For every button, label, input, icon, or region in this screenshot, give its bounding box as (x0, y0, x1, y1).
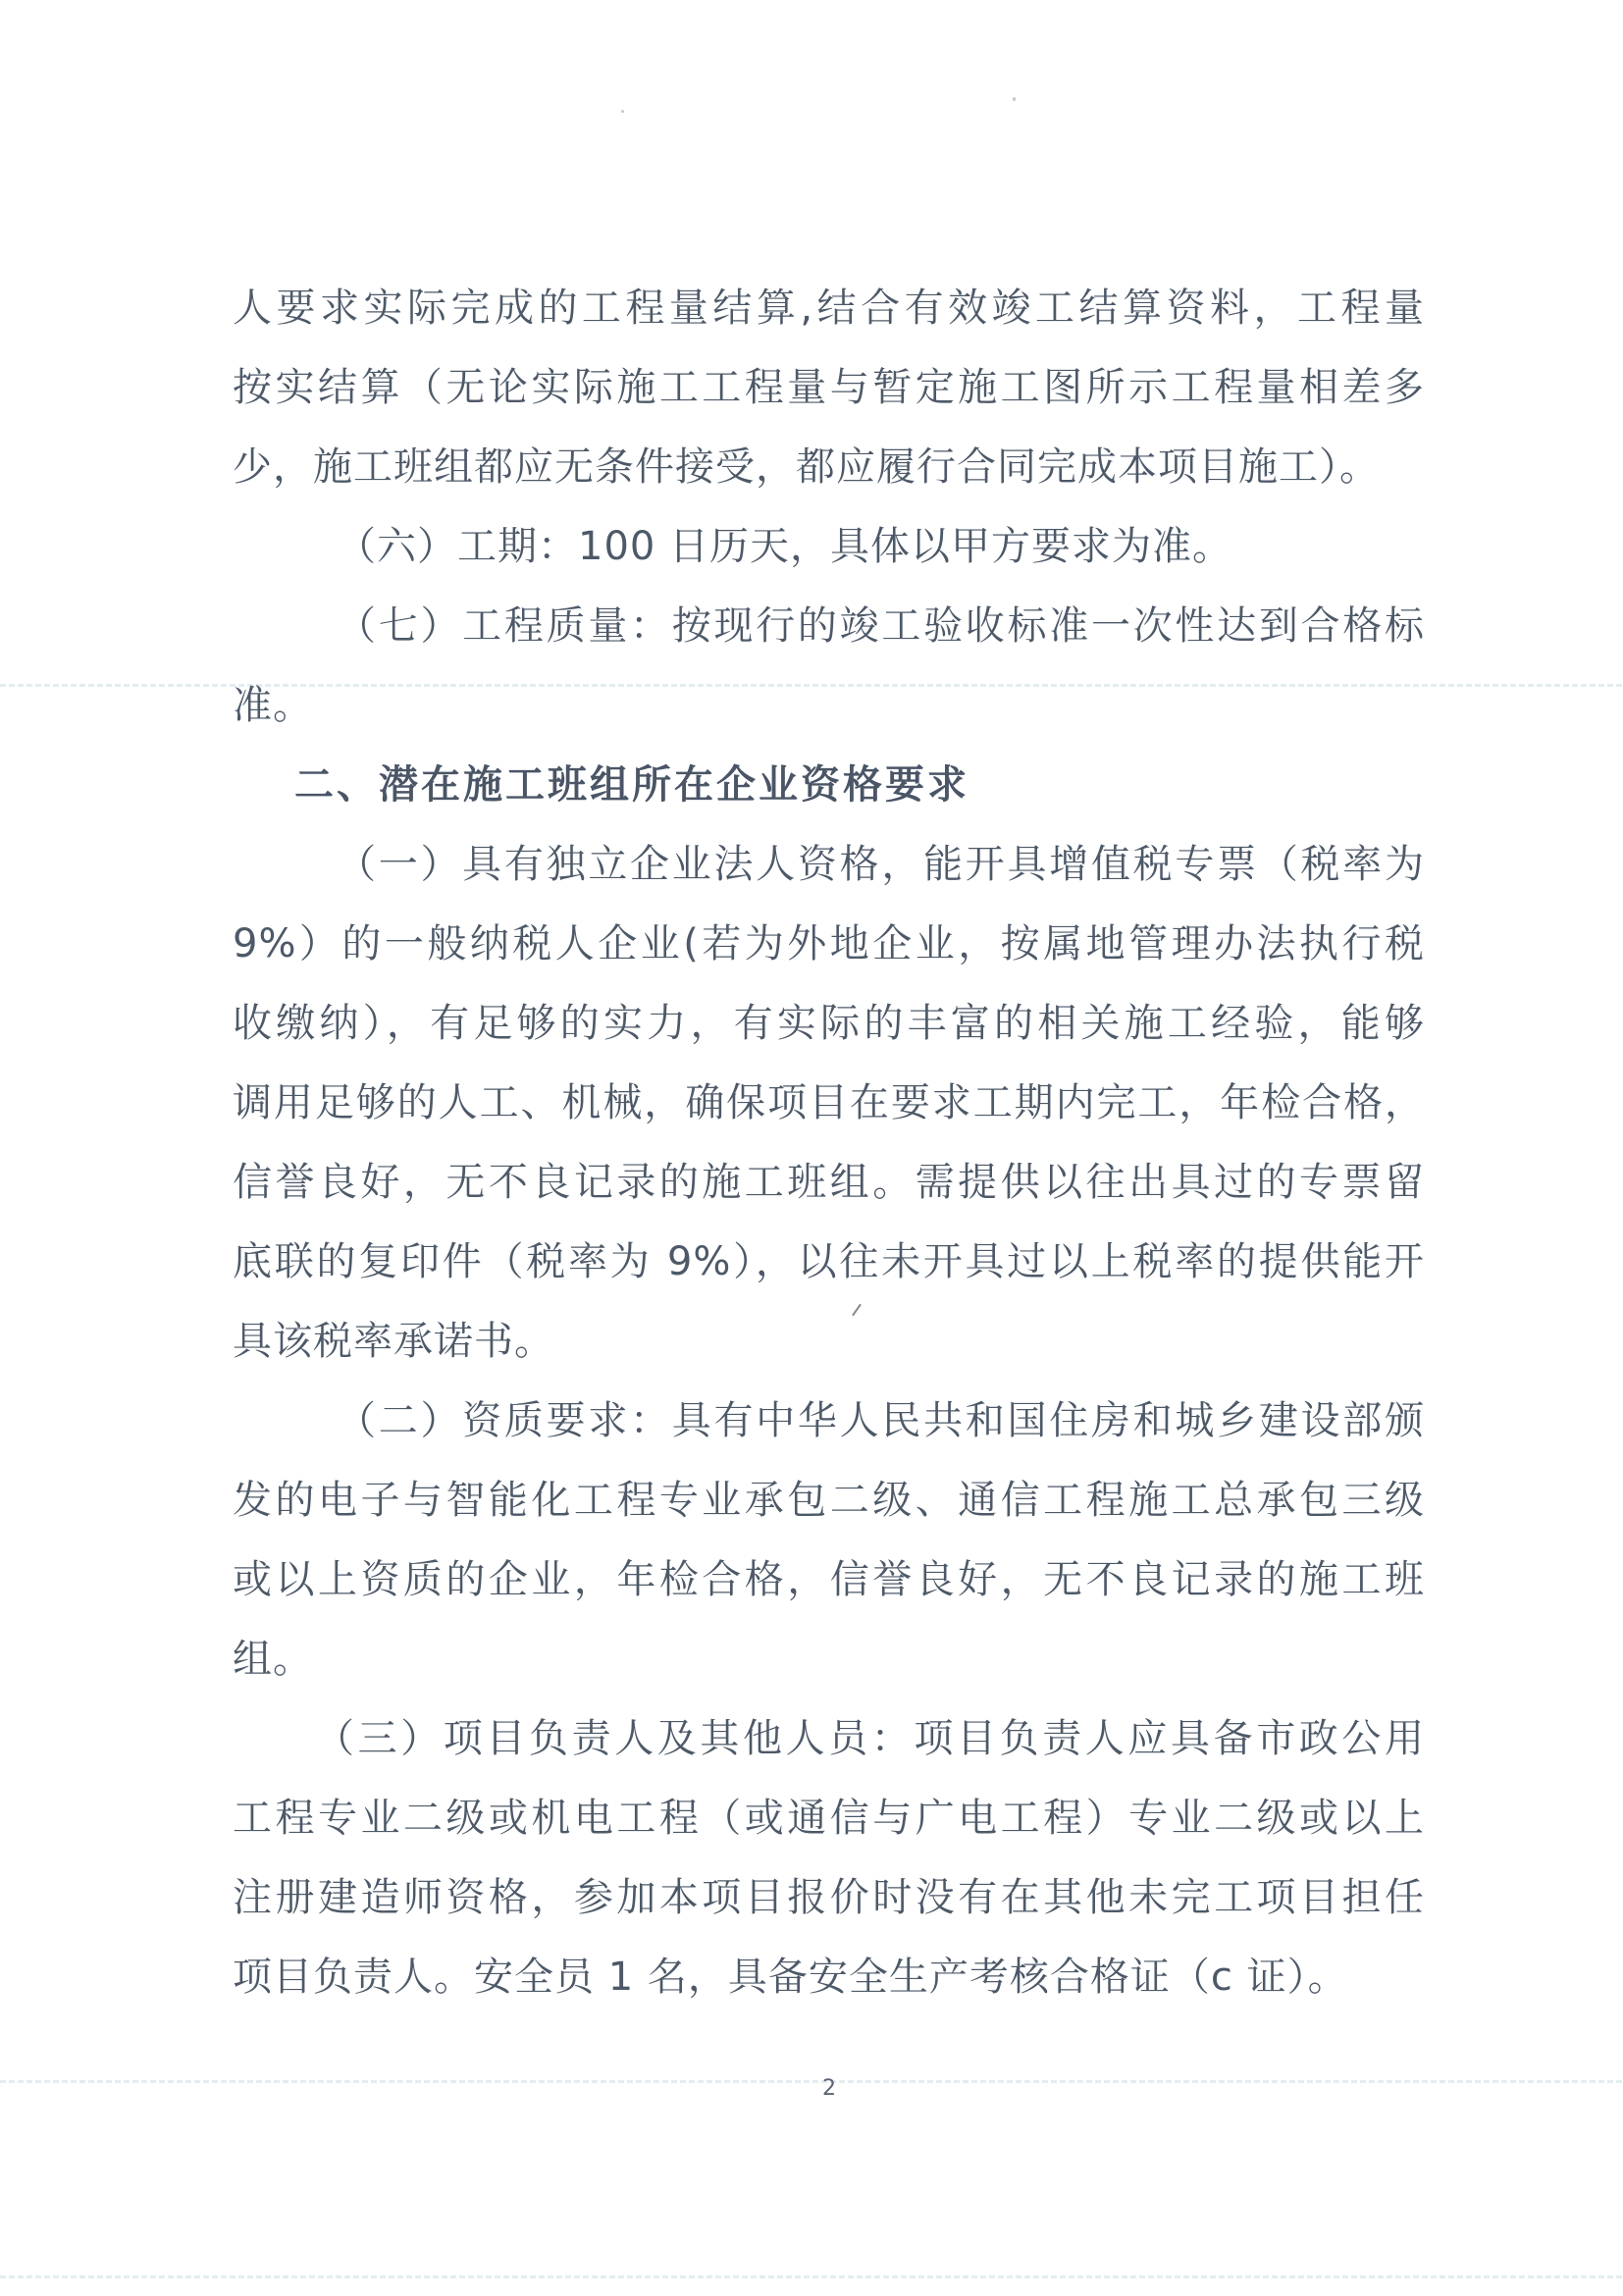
text-line: 9%）的一般纳税人企业(若为外地企业，按属地管理办法执行税 (233, 919, 1425, 968)
text-line: 调用足够的人工、机械，确保项目在要求工期内完工，年检合格， (233, 1078, 1425, 1127)
text-line: 人要求实际完成的工程量结算,结合有效竣工结算资料，工程量 (233, 284, 1425, 333)
text-line: 收缴纳），有足够的实力，有实际的丰富的相关施工经验，能够 (233, 999, 1425, 1048)
document-page: 人要求实际完成的工程量结算,结合有效竣工结算资料，工程量按实结算（无论实际施工工… (0, 0, 1623, 2296)
text-line: 具该税率承诺书。 (233, 1317, 1425, 1366)
text-line: 组。 (233, 1635, 1425, 1684)
scan-line (0, 2080, 1623, 2083)
text-line: （一）具有独立企业法人资格，能开具增值税专票（税率为 (337, 840, 1425, 889)
text-line: 或以上资质的企业，年检合格，信誉良好，无不良记录的施工班 (233, 1555, 1425, 1604)
text-line: 工程专业二级或机电工程（或通信与广电工程）专业二级或以上 (233, 1794, 1425, 1843)
scan-speck (1013, 98, 1016, 101)
scan-speck (621, 110, 624, 113)
text-line: 按实结算（无论实际施工工程量与暂定施工图所示工程量相差多 (233, 363, 1425, 412)
text-line: （三）项目负责人及其他人员：项目负责人应具备市政公用 (315, 1714, 1425, 1763)
text-line: 准。 (233, 681, 1425, 730)
text-line: 少，施工班组都应无条件接受，都应履行合同完成本项目施工）。 (233, 443, 1425, 492)
text-line: （七）工程质量：按现行的竣工验收标准一次性达到合格标 (337, 601, 1425, 651)
text-line: 项目负责人。安全员 1 名，具备安全生产考核合格证（c 证）。 (233, 1953, 1425, 2002)
section-heading: 二、潜在施工班组所在企业资格要求 (294, 760, 1425, 809)
text-line: （二）资质要求：具有中华人民共和国住房和城乡建设部颁 (337, 1396, 1425, 1445)
page-number: 2 (819, 2076, 839, 2101)
text-line: （六）工期：100 日历天，具体以甲方要求为准。 (337, 522, 1425, 571)
text-line: 发的电子与智能化工程专业承包二级、通信工程施工总承包三级 (233, 1476, 1425, 1525)
text-line: 底联的复印件（税率为 9%），以往未开具过以上税率的提供能开 (233, 1237, 1425, 1286)
scan-line (0, 2275, 1623, 2278)
pen-mark (852, 1304, 862, 1317)
text-line: 信誉良好，无不良记录的施工班组。需提供以往出具过的专票留 (233, 1158, 1425, 1207)
text-line: 注册建造师资格，参加本项目报价时没有在其他未完工项目担任 (233, 1873, 1425, 1922)
